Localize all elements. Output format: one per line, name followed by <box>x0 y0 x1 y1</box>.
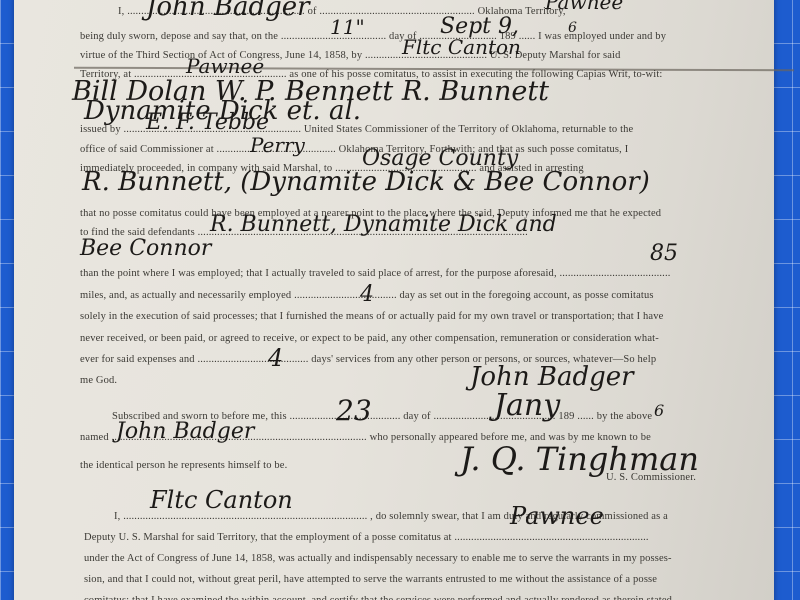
handwritten-place-of: Pawnee <box>545 0 623 14</box>
handwritten-named: John Badger <box>116 419 254 444</box>
handwritten-deputy-oath-name: Fltc Canton <box>150 486 293 514</box>
handwritten-posse-at: Pawnee <box>510 502 604 530</box>
printed-line-18: the identical person he represents himse… <box>80 460 287 471</box>
commissioner-signature: J. Q. Tinghman <box>460 440 699 478</box>
printed-line-15: me God. <box>80 375 117 386</box>
handwritten-sworn-month: Jany <box>494 388 560 423</box>
handwritten-day: 11" <box>330 15 365 39</box>
printed-line-3: virtue of the Third Section of Act of Co… <box>80 50 621 61</box>
printed-line-23: sion, and that I could not, without grea… <box>84 574 657 585</box>
handwritten-days-services: 4 <box>268 344 283 372</box>
printed-line-13: never received, or been paid, or agreed … <box>80 333 659 344</box>
handwritten-arrested: R. Bunnett, (Dynamite Dick & Bee Connor) <box>82 167 650 197</box>
handwritten-miles: 85 <box>650 241 678 266</box>
printed-line-2: being duly sworn, depose and say that, o… <box>80 31 666 42</box>
handwritten-affiant-name: John Badger <box>146 0 310 22</box>
handwritten-deputy-marshal: Fltc Canton <box>402 35 521 59</box>
printed-line-24: comitatus; that I have examined the with… <box>84 595 672 600</box>
handwritten-territory-at: Pawnee <box>186 54 264 78</box>
printed-line-12: solely in the execution of said processe… <box>80 311 663 322</box>
handwritten-sworn-day: 23 <box>336 394 372 427</box>
printed-line-6: office of said Commissioner at .........… <box>80 144 628 155</box>
printed-line-10: than the point where I was employed; tha… <box>80 268 671 279</box>
printed-line-22: under the Act of Congress of June 14, 18… <box>84 553 672 564</box>
printed-line-21: Deputy U. S. Marshal for said Territory,… <box>84 532 649 543</box>
handwritten-find-defendants-2: Bee Connor <box>80 236 211 261</box>
handwritten-days-employed: 4 <box>360 282 374 307</box>
handwritten-commissioner-at: Perry <box>250 133 305 157</box>
handwritten-sworn-year-digit: 6 <box>654 401 664 420</box>
handwritten-issued-by: E. F. Tebbe <box>146 110 269 135</box>
handwritten-find-defendants: R. Bunnett, Dynamite Dick and <box>210 212 557 237</box>
handwritten-year-digit: 6 <box>568 20 577 36</box>
